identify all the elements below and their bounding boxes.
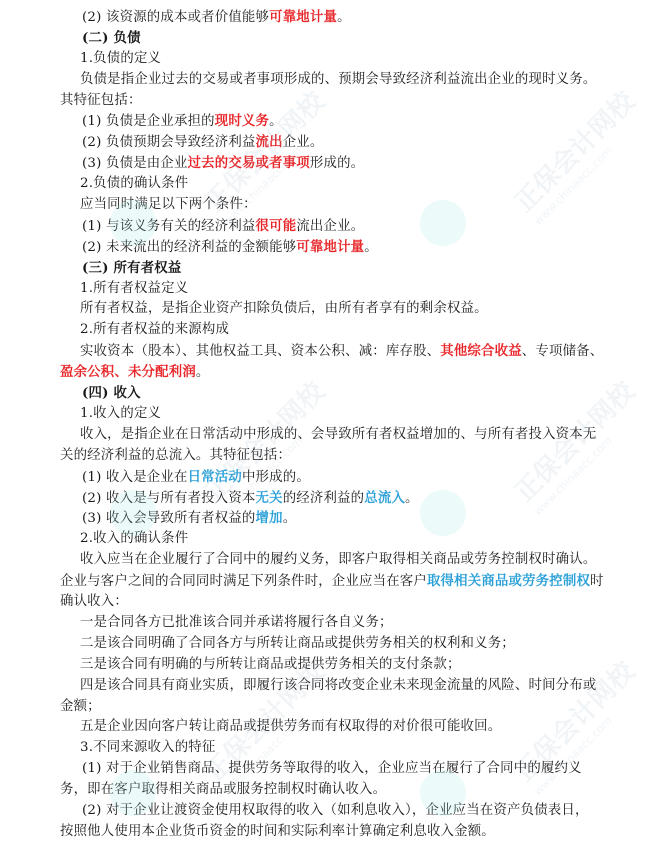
text-segment: (1) 负债是企业承担的 [82,114,215,129]
text-line: 2.负债的确认条件 [80,174,188,194]
text-segment: (1) 与该义务有关的经济利益 [82,219,256,234]
red-highlight: 现时义务 [215,113,269,129]
red-highlight: 流出 [256,134,283,150]
text-segment: 流出企业。 [296,219,364,234]
text-line: (四) 收入 [82,383,141,404]
text-segment: 其特征包括： [60,93,142,108]
text-segment: 1.所有者权益定义 [80,281,188,296]
text-line: (1) 收入是企业在日常活动中形成的。 [82,467,310,488]
red-highlight: 盈余公积、未分配利润 [60,364,196,380]
text-line: (1) 与该义务有关的经济利益很可能流出企业。 [82,216,364,237]
red-highlight: 可靠地计量 [296,239,364,255]
text-line: 企业与客户之间的合同同时满足下列条件时，企业应当在客户取得相关商品或劳务控制权时 [60,571,604,592]
text-line: 1.收入的定义 [80,404,161,424]
text-segment: 负债是指企业过去的交易或者事项形成的、预期会导致经济利益流出企业的现时义务。 [80,72,596,87]
text-segment: (3) 负债是由企业 [82,156,188,171]
text-segment: 四是该合同具有商业实质，即履行该合同将改变企业未来现金流量的风险、时间分布或 [80,678,596,693]
watermark: 正保会计网校www.chinaacc.com [505,372,651,518]
text-segment: 时 [590,574,604,589]
text-segment: 中形成的。 [242,470,310,485]
text-segment: 二是该合同明确了合同各方与所转让商品或提供劳务相关的权利和义务； [80,636,515,651]
text-line: 二是该合同明确了合同各方与所转让商品或提供劳务相关的权利和义务； [80,634,515,654]
text-segment: 、专项储备、 [522,344,604,359]
blue-highlight: 增加 [256,510,283,526]
text-line: 四是该合同具有商业实质，即履行该合同将改变企业未来现金流量的风险、时间分布或 [80,676,596,696]
text-segment: 务，即在客户取得相关商品或服务控制权时确认收入。 [60,782,386,797]
text-segment: 应当同时满足以下两个条件： [80,197,257,212]
watermark-logo-icon [420,200,466,246]
text-line: 金额； [60,697,101,717]
text-line: (2) 未来流出的经济利益的金额能够可靠地计量。 [82,237,378,258]
text-line: 1.负债的定义 [80,49,161,69]
text-line: (2) 对于企业让渡资金使用权取得的收入（如利息收入），企业应当在资产负债表日， [82,801,589,821]
text-line: (3) 负债是由企业过去的交易或者事项形成的。 [82,153,364,174]
text-line: 盈余公积、未分配利润。 [60,362,210,383]
text-segment: (2) 收入是与所有者投入资本 [82,491,256,506]
text-segment: 。 [283,511,297,526]
section-heading: (三) 所有者权益 [82,260,181,276]
text-segment: 。 [337,10,351,25]
text-segment: 2.收入的确认条件 [80,531,188,546]
text-line: (2) 该资源的成本或者价值能够可靠地计量。 [82,7,351,28]
text-line: (三) 所有者权益 [82,258,181,279]
text-segment: (2) 未来流出的经济利益的金额能够 [82,240,296,255]
red-highlight: 可靠地计量 [269,9,337,25]
text-segment: (3) 收入会导致所有者权益的 [82,511,256,526]
text-line: 实收资本（股本）、其他权益工具、资本公积、减：库存股、其他综合收益、专项储备、 [80,341,603,362]
text-line: 确认收入： [60,592,128,612]
text-line: 按照他人使用本企业货币资金的时间和实际利率计算确定利息收入金额。 [60,822,495,842]
text-segment: 所有者权益，是指企业资产扣除负债后，由所有者享有的剩余权益。 [80,301,488,316]
text-line: 收入应当在企业履行了合同中的履约义务，即客户取得相关商品或劳务控制权时确认。 [80,550,596,570]
text-line: 五是企业因向客户转让商品或提供劳务而有权取得的对价很可能收回。 [80,717,501,737]
text-segment: 1.收入的定义 [80,406,161,421]
text-segment: 确认收入： [60,594,128,609]
text-line: 3.不同来源收入的特征 [80,738,216,758]
text-segment: 收入应当在企业履行了合同中的履约义务，即客户取得相关商品或劳务控制权时确认。 [80,552,596,567]
text-segment: 。 [364,240,378,255]
blue-highlight: 无关 [256,490,283,506]
text-line: (3) 收入会导致所有者权益的增加。 [82,508,296,529]
text-line: 收入，是指企业在日常活动中形成的、会导致所有者权益增加的、与所有者投入资本无 [80,425,596,445]
text-line: 2.收入的确认条件 [80,529,188,549]
red-highlight: 过去的交易或者事项 [188,155,310,171]
text-segment: 。 [196,365,210,380]
text-line: (1) 对于企业销售商品、提供劳务等取得的收入，企业应当在履行了合同中的履约义 [82,759,582,779]
text-segment: 的经济利益的 [283,491,365,506]
text-segment: 金额； [60,699,101,714]
text-segment: 五是企业因向客户转让商品或提供劳务而有权取得的对价很可能收回。 [80,719,501,734]
text-line: (2) 收入是与所有者投入资本无关的经济利益的总流入。 [82,488,419,509]
document-page: (2) 该资源的成本或者价值能够可靠地计量。(二) 负债1.负债的定义负债是指企… [0,0,662,849]
text-segment: 。 [405,491,419,506]
text-segment: 三是该合同有明确的与所转让商品或提供劳务相关的支付条款； [80,657,461,672]
blue-highlight: 日常活动 [188,469,242,485]
red-highlight: 其他综合收益 [440,343,522,359]
text-line: (1) 负债是企业承担的现时义务。 [82,111,283,132]
text-segment: 收入，是指企业在日常活动中形成的、会导致所有者权益增加的、与所有者投入资本无 [80,427,596,442]
watermark-logo-icon [420,490,466,536]
text-segment: 企业与客户之间的合同同时满足下列条件时，企业应当在客户 [60,574,427,589]
text-segment: 一是合同各方已批准该合同并承诺将履行各自义务； [80,615,393,630]
section-heading: (四) 收入 [82,385,141,401]
text-segment: (2) 该资源的成本或者价值能够 [82,10,269,25]
text-line: 务，即在客户取得相关商品或服务控制权时确认收入。 [60,780,386,800]
text-segment: (2) 对于企业让渡资金使用权取得的收入（如利息收入），企业应当在资产负债表日， [82,803,589,818]
text-segment: 企业。 [283,135,324,150]
blue-highlight: 取得相关商品或劳务控制权 [427,573,590,589]
text-segment: (2) 负债预期会导致经济利益 [82,135,256,150]
text-line: (二) 负债 [82,28,141,49]
text-segment: 2.所有者权益的来源构成 [80,322,229,337]
text-line: 2.所有者权益的来源构成 [80,320,229,340]
text-line: 关的经济利益的总流入。其特征包括： [60,446,291,466]
red-highlight: 很可能 [256,218,297,234]
text-line: 三是该合同有明确的与所转让商品或提供劳务相关的支付条款； [80,655,461,675]
watermark: 正保会计网校www.chinaacc.com [505,82,651,228]
text-segment: 关的经济利益的总流入。其特征包括： [60,448,291,463]
text-segment: 实收资本（股本）、其他权益工具、资本公积、减：库存股、 [80,344,440,359]
section-heading: (二) 负债 [82,30,141,46]
text-segment: 按照他人使用本企业货币资金的时间和实际利率计算确定利息收入金额。 [60,824,495,839]
text-segment: 3.不同来源收入的特征 [80,740,216,755]
text-segment: 。 [269,114,283,129]
text-segment: 形成的。 [310,156,364,171]
text-segment: 1.负债的定义 [80,51,161,66]
text-line: 1.所有者权益定义 [80,279,188,299]
text-segment: 2.负债的确认条件 [80,176,188,191]
text-line: 一是合同各方已批准该合同并承诺将履行各自义务； [80,613,393,633]
text-segment: (1) 收入是企业在 [82,470,188,485]
text-line: (2) 负债预期会导致经济利益流出企业。 [82,132,324,153]
text-line: 所有者权益，是指企业资产扣除负债后，由所有者享有的剩余权益。 [80,299,488,319]
text-line: 应当同时满足以下两个条件： [80,195,257,215]
text-segment: (1) 对于企业销售商品、提供劳务等取得的收入，企业应当在履行了合同中的履约义 [82,761,582,776]
blue-highlight: 总流入 [364,490,405,506]
text-line: 其特征包括： [60,91,142,111]
text-line: 负债是指企业过去的交易或者事项形成的、预期会导致经济利益流出企业的现时义务。 [80,70,596,90]
